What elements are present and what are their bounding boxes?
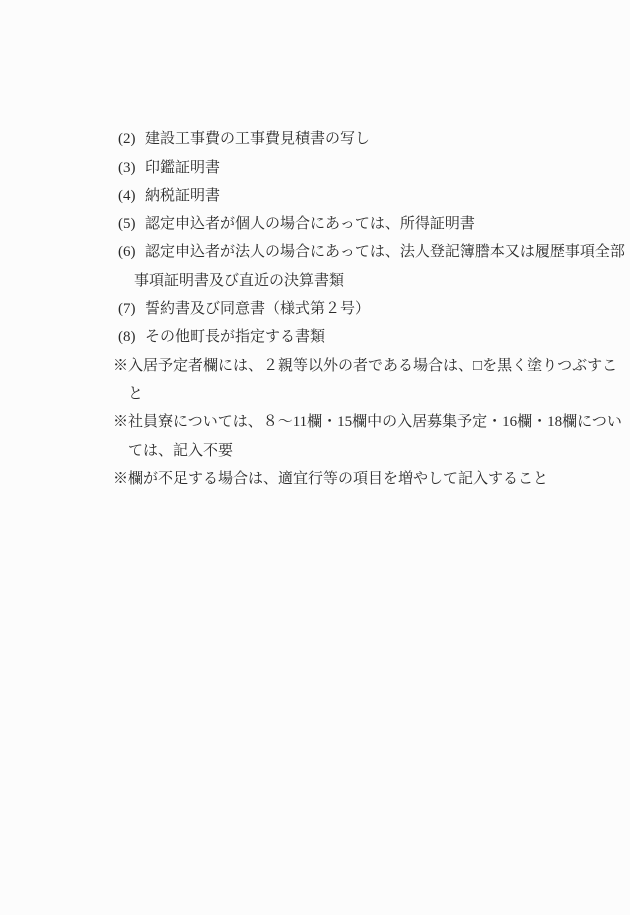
item-number: (6) [118,238,145,266]
item-text: 事項証明書及び直近の決算書類 [134,273,344,289]
item-number: (8) [118,323,145,351]
item-text: 誓約書及び同意書（様式第２号） [145,301,370,317]
document-content: (2)建設工事費の工事費見積書の写し (3)印鑑証明書 (4)納税証明書 (5)… [0,0,630,465]
item-number: (3) [118,154,145,182]
note-text: 入居予定者欄には、２親等以外の者である場合は、□を黒く塗りつぶすこ [128,358,617,374]
note-marker: ※ [113,414,128,430]
note-text: 社員寮については、８～11欄・15欄中の入居募集予定・16欄・18欄につい [128,414,622,430]
note-text: と [128,386,143,402]
note-marker: ※ [113,358,128,374]
note-marker: ※ [113,471,128,487]
item-text: 納税証明書 [145,188,220,204]
numbered-list: (2)建設工事費の工事費見積書の写し (3)印鑑証明書 (4)納税証明書 (5)… [0,97,630,323]
list-item: (2)建設工事費の工事費見積書の写し [0,97,630,125]
note-text: ては、記入不要 [128,443,233,459]
item-text: 認定申込者が法人の場合にあっては、法人登記簿謄本又は履歴事項全部 [145,244,625,260]
item-text: 建設工事費の工事費見積書の写し [145,131,370,147]
item-text: 印鑑証明書 [145,160,220,176]
item-number: (5) [118,210,145,238]
item-text: その他町長が指定する書類 [145,329,325,345]
item-text: 認定申込者が個人の場合にあっては、所得証明書 [145,216,475,232]
document-page: (2)建設工事費の工事費見積書の写し (3)印鑑証明書 (4)納税証明書 (5)… [0,0,630,915]
note-text: 欄が不足する場合は、適宜行等の項目を増やして記入すること [128,471,548,487]
item-number: (4) [118,182,145,210]
item-number: (2) [118,125,145,153]
item-number: (7) [118,295,145,323]
